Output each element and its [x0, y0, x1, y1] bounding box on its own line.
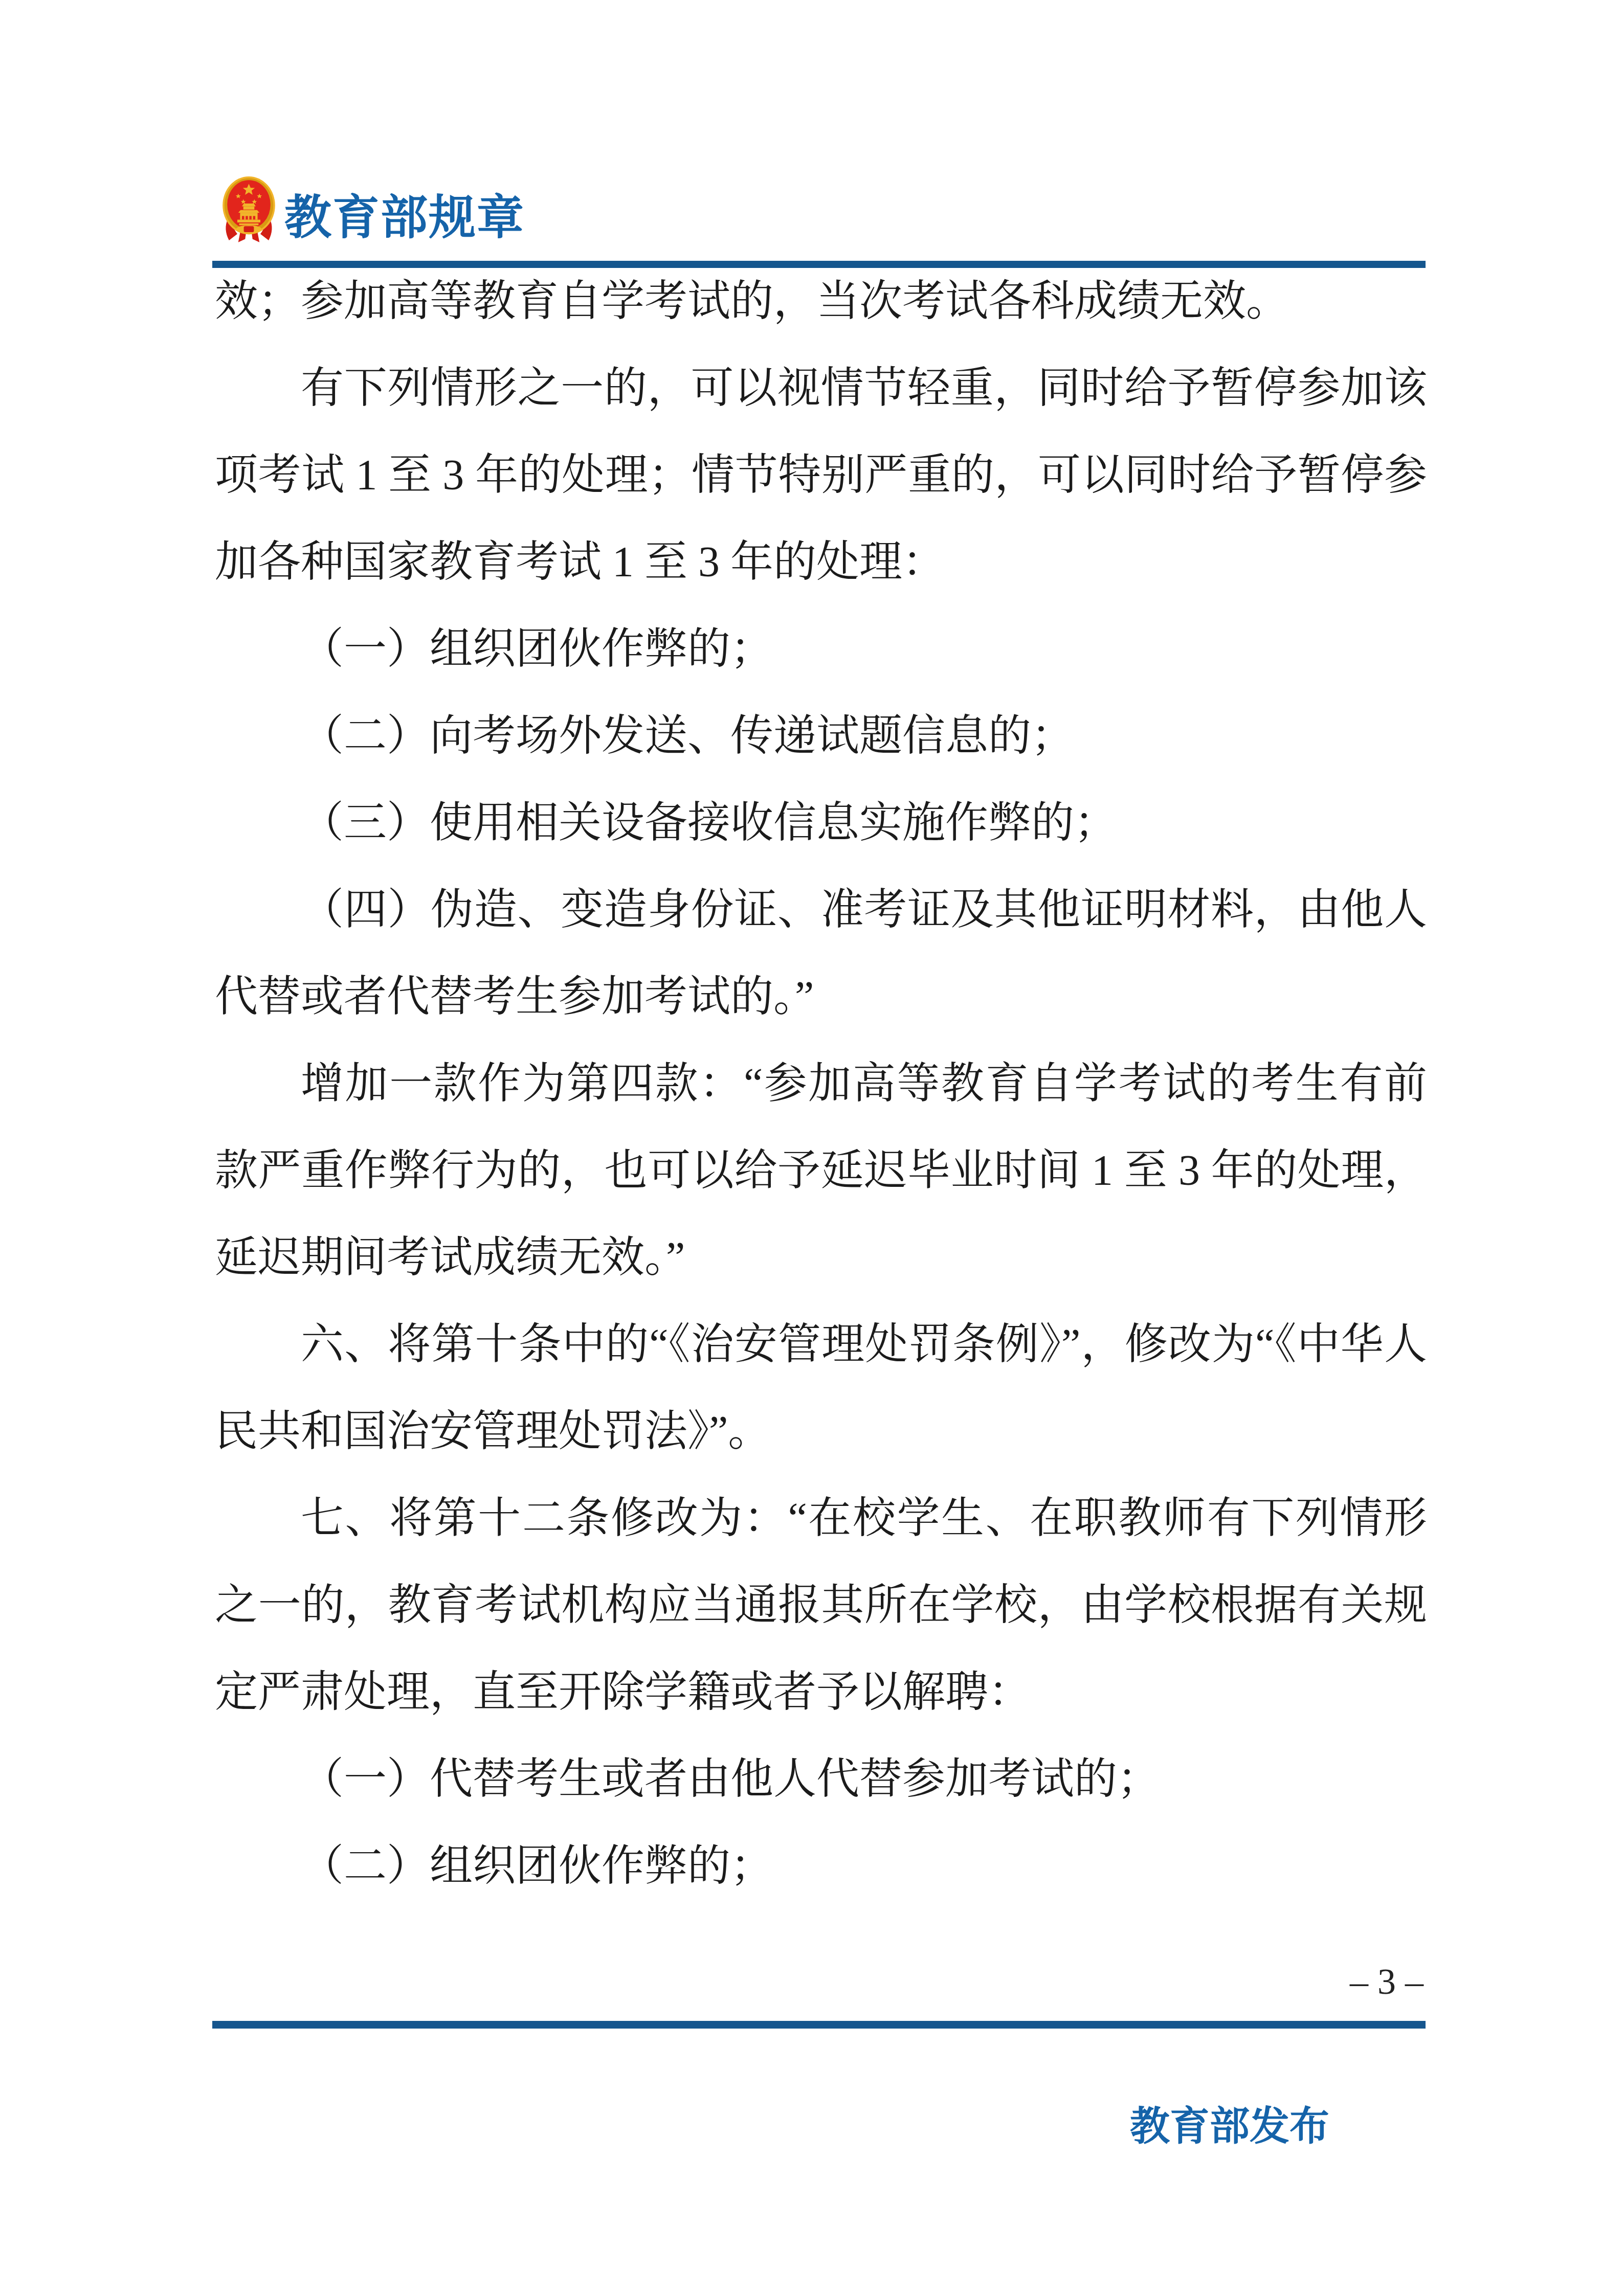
body-paragraph: （二）向考场外发送、传递试题信息的； [215, 693, 1427, 780]
national-emblem-icon [219, 173, 279, 244]
document-type-label: 教育部规章 [284, 180, 525, 247]
body-paragraph: （四）伪造、变造身份证、准考证及其他证明材料，由他人代替或者代替考生参加考试的。… [215, 867, 1427, 1041]
document-body: 效；参加高等教育自学考试的，当次考试各科成绩无效。 有下列情形之一的，可以视情节… [215, 258, 1427, 1910]
body-paragraph: （一）代替考生或者由他人代替参加考试的； [215, 1736, 1427, 1823]
footer-divider [212, 2021, 1426, 2029]
body-paragraph: 有下列情形之一的，可以视情节轻重，同时给予暂停参加该项考试 1 至 3 年的处理… [215, 345, 1427, 606]
document-page: 教育部规章 效；参加高等教育自学考试的，当次考试各科成绩无效。 有下列情形之一的… [0, 0, 1624, 2296]
publisher-label: 教育部发布 [1130, 2095, 1329, 2152]
body-paragraph: 效；参加高等教育自学考试的，当次考试各科成绩无效。 [215, 258, 1427, 345]
body-paragraph: （三）使用相关设备接收信息实施作弊的； [215, 780, 1427, 867]
page-number: – 3 – [1350, 1961, 1423, 2003]
body-paragraph: （二）组织团伙作弊的； [215, 1823, 1427, 1910]
body-paragraph: 七、将第十二条修改为：“在校学生、在职教师有下列情形之一的，教育考试机构应当通报… [215, 1475, 1427, 1736]
body-paragraph: （一）组织团伙作弊的； [215, 606, 1427, 693]
body-paragraph: 六、将第十条中的“《治安管理处罚条例》”，修改为“《中华人民共和国治安管理处罚法… [215, 1301, 1427, 1475]
body-paragraph: 增加一款作为第四款：“参加高等教育自学考试的考生有前款严重作弊行为的，也可以给予… [215, 1041, 1427, 1301]
